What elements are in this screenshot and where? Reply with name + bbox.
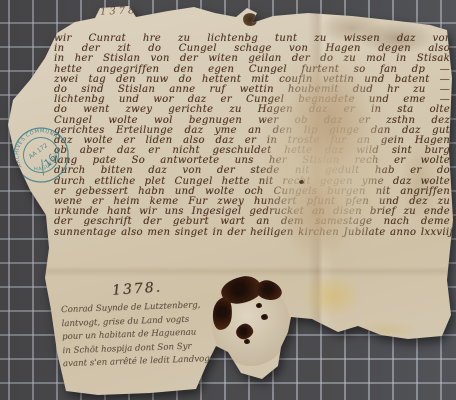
parchment-document: 1378 wir Cunrat hre zu lichtenbg tunt zu… bbox=[0, 0, 456, 400]
manuscript-line: do went zwey gerichte zu Hagen daz er in… bbox=[54, 105, 450, 115]
archival-year-notation-top: 1378 bbox=[100, 5, 138, 17]
manuscript-text-block: wir Cunrat hre zu lichtenbg tunt zu wiss… bbox=[54, 34, 450, 238]
edge-stain bbox=[242, 11, 259, 27]
archivist-annotation-block: Conrad Suynde de Lutztenberg, lantvogt, … bbox=[61, 296, 301, 372]
parchment-wrap: 1378 wir Cunrat hre zu lichtenbg tunt zu… bbox=[0, 0, 456, 400]
photo-background-grid-mat: 1378 wir Cunrat hre zu lichtenbg tunt zu… bbox=[0, 0, 456, 400]
ink-spot bbox=[299, 180, 304, 184]
date-notation-bottom: 1378. bbox=[112, 279, 163, 298]
manuscript-line: sunnentage also men singet in der heilig… bbox=[54, 228, 450, 238]
